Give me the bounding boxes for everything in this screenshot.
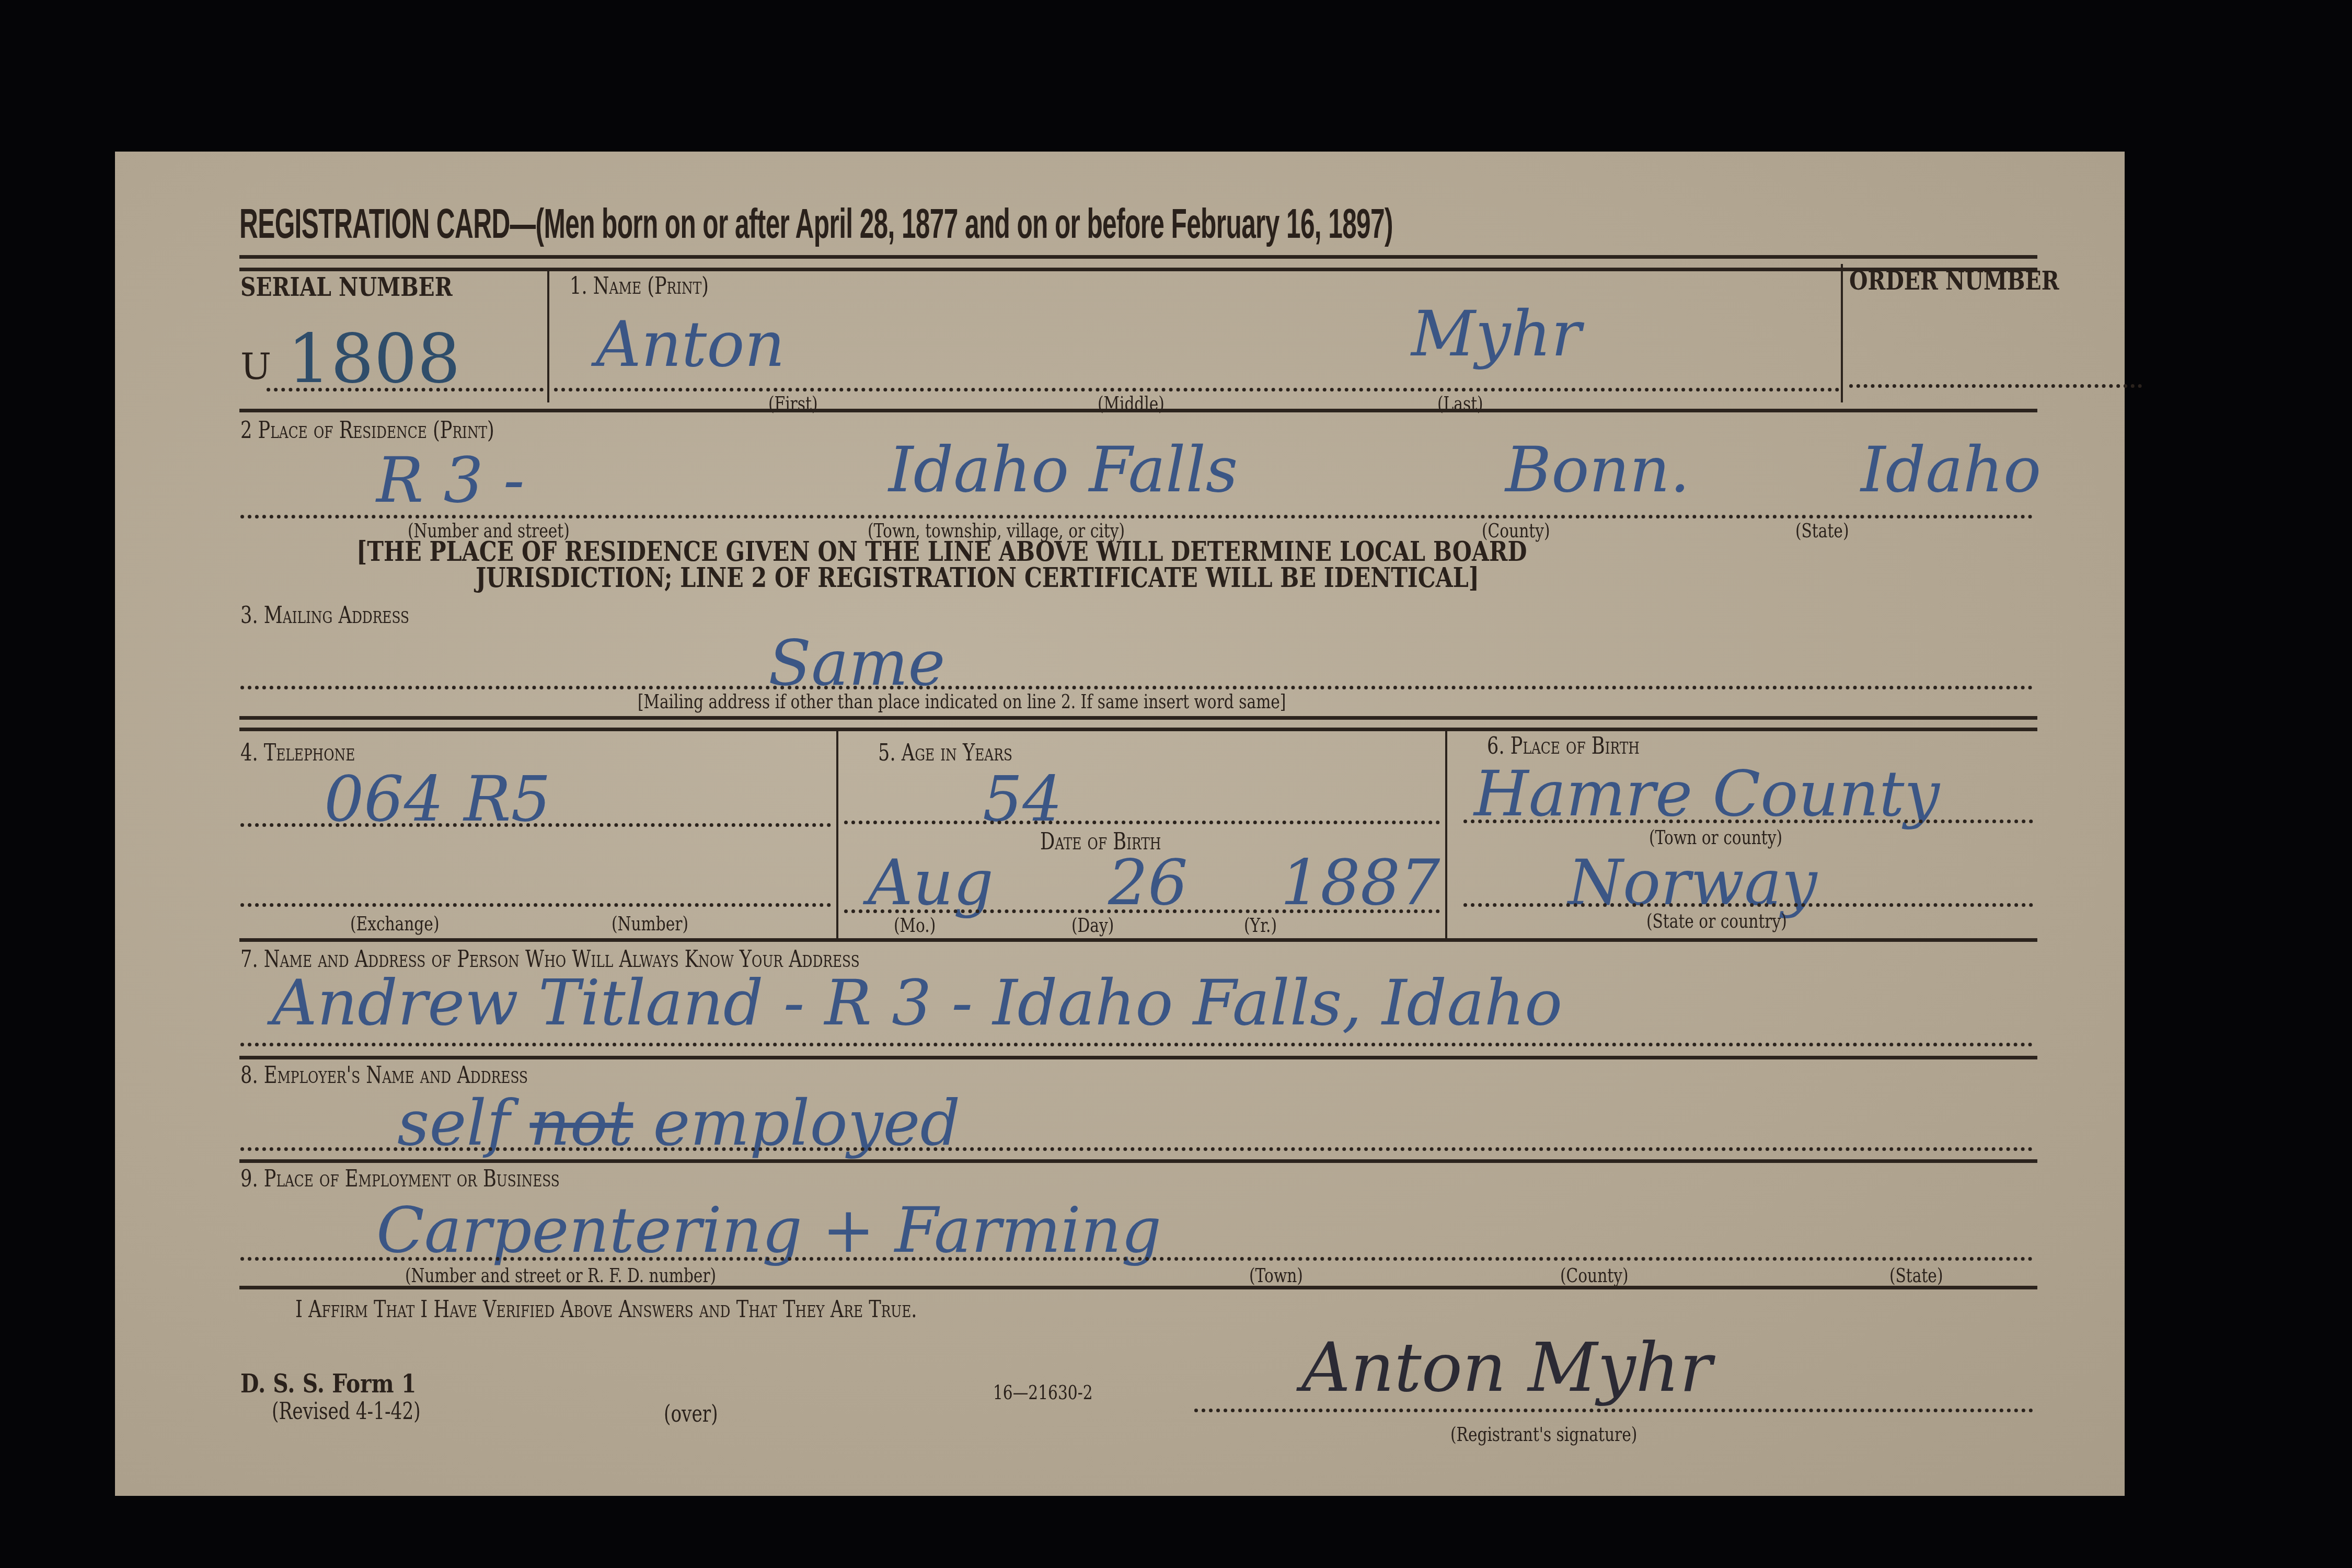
title-rule-bottom	[239, 268, 2037, 271]
mailing-label: 3. Mailing Address	[240, 602, 409, 629]
telephone-sub-exchange: (Exchange)	[350, 912, 439, 935]
over-note: (over)	[664, 1401, 718, 1427]
card-title: REGISTRATION CARD—(Men born on or after …	[239, 200, 1393, 248]
order-divider	[1841, 264, 1843, 402]
serial-prefix: U	[240, 345, 271, 388]
dob-line	[844, 909, 1440, 913]
contact-value: Andrew Titland - R 3 - Idaho Falls, Idah…	[272, 967, 1562, 1040]
name-label: 1. Name (Print)	[570, 273, 709, 299]
telephone-line-2	[240, 903, 831, 907]
employer-label: 8. Employer's Name and Address	[240, 1062, 528, 1089]
form-number: D. S. S. Form 1	[240, 1369, 416, 1399]
row7-rule	[239, 1056, 2037, 1059]
serial-divider	[547, 269, 549, 402]
dob-day: 26	[1108, 847, 1188, 919]
signature-label: (Registrant's signature)	[1450, 1423, 1637, 1446]
print-code: 16—21630-2	[993, 1381, 1093, 1404]
residence-state: Idaho	[1861, 434, 2041, 506]
birthplace-country-line	[1463, 903, 2033, 907]
residence-town: Idaho Falls	[889, 434, 1238, 506]
birthplace-label: 6. Place of Birth	[1487, 733, 1640, 759]
age-label: 5. Age in Years	[878, 740, 1012, 766]
residence-notice-line2: JURISDICTION; LINE 2 OF REGISTRATION CER…	[476, 562, 1479, 594]
telephone-divider	[836, 729, 838, 938]
name-first: Anton	[596, 308, 785, 381]
row1-rule	[239, 409, 2037, 412]
age-divider	[1445, 729, 1447, 938]
dob-sub-year: (Yr.)	[1244, 914, 1277, 937]
serial-number-label: SERIAL NUMBER	[240, 273, 453, 302]
employment-label: 9. Place of Employment or Business	[240, 1166, 560, 1192]
telephone-sub-number: (Number)	[612, 912, 688, 935]
serial-number-value: 1808	[287, 319, 460, 398]
row8-rule	[239, 1159, 2037, 1163]
age-line	[844, 821, 1440, 824]
row4-rule	[239, 938, 2037, 942]
dob-sub-month: (Mo.)	[894, 914, 936, 937]
residence-street: R 3 -	[376, 444, 525, 517]
dob-sub-day: (Day)	[1071, 914, 1114, 937]
residence-label: 2 Place of Residence (Print)	[240, 417, 494, 444]
contact-line	[240, 1043, 2033, 1046]
age-value: 54	[983, 763, 1063, 836]
row3-rule-top	[239, 716, 2037, 720]
dob-year: 1887	[1281, 847, 1440, 919]
residence-county: Bonn.	[1505, 434, 1690, 506]
registrant-signature: Anton Myhr	[1301, 1328, 1712, 1407]
registration-card: REGISTRATION CARD—(Men born on or after …	[115, 152, 2125, 1496]
name-last: Myhr	[1411, 298, 1581, 371]
residence-line	[240, 515, 2033, 518]
order-number-label: ORDER NUMBER	[1849, 267, 2059, 296]
birthplace-sub-country: (State or country)	[1646, 909, 1787, 932]
employer-line	[240, 1147, 2033, 1151]
birthplace-town-line	[1463, 820, 2033, 823]
title-rule-top	[239, 255, 2037, 259]
row9-rule	[239, 1286, 2037, 1289]
residence-sub-state: (State)	[1795, 519, 1849, 542]
dob-month: Aug	[868, 847, 994, 919]
employment-line	[240, 1257, 2033, 1261]
birthplace-sub-town: (Town or county)	[1649, 826, 1782, 849]
name-line	[554, 388, 1840, 391]
signature-line	[1194, 1409, 2033, 1412]
birthplace-country: Norway	[1568, 847, 1817, 919]
mailing-line	[240, 686, 2033, 689]
order-line	[1849, 384, 2142, 388]
employment-value: Carpentering + Farming	[376, 1194, 1161, 1267]
affirmation-text: I Affirm That I Have Verified Above Answ…	[295, 1296, 917, 1323]
form-revised: (Revised 4-1-42)	[272, 1398, 421, 1425]
telephone-line-1	[240, 823, 831, 827]
mailing-note: [Mailing address if other than place ind…	[638, 690, 1286, 713]
serial-line	[267, 388, 544, 391]
row3-rule-bottom	[239, 728, 2037, 731]
telephone-label: 4. Telephone	[240, 740, 355, 766]
